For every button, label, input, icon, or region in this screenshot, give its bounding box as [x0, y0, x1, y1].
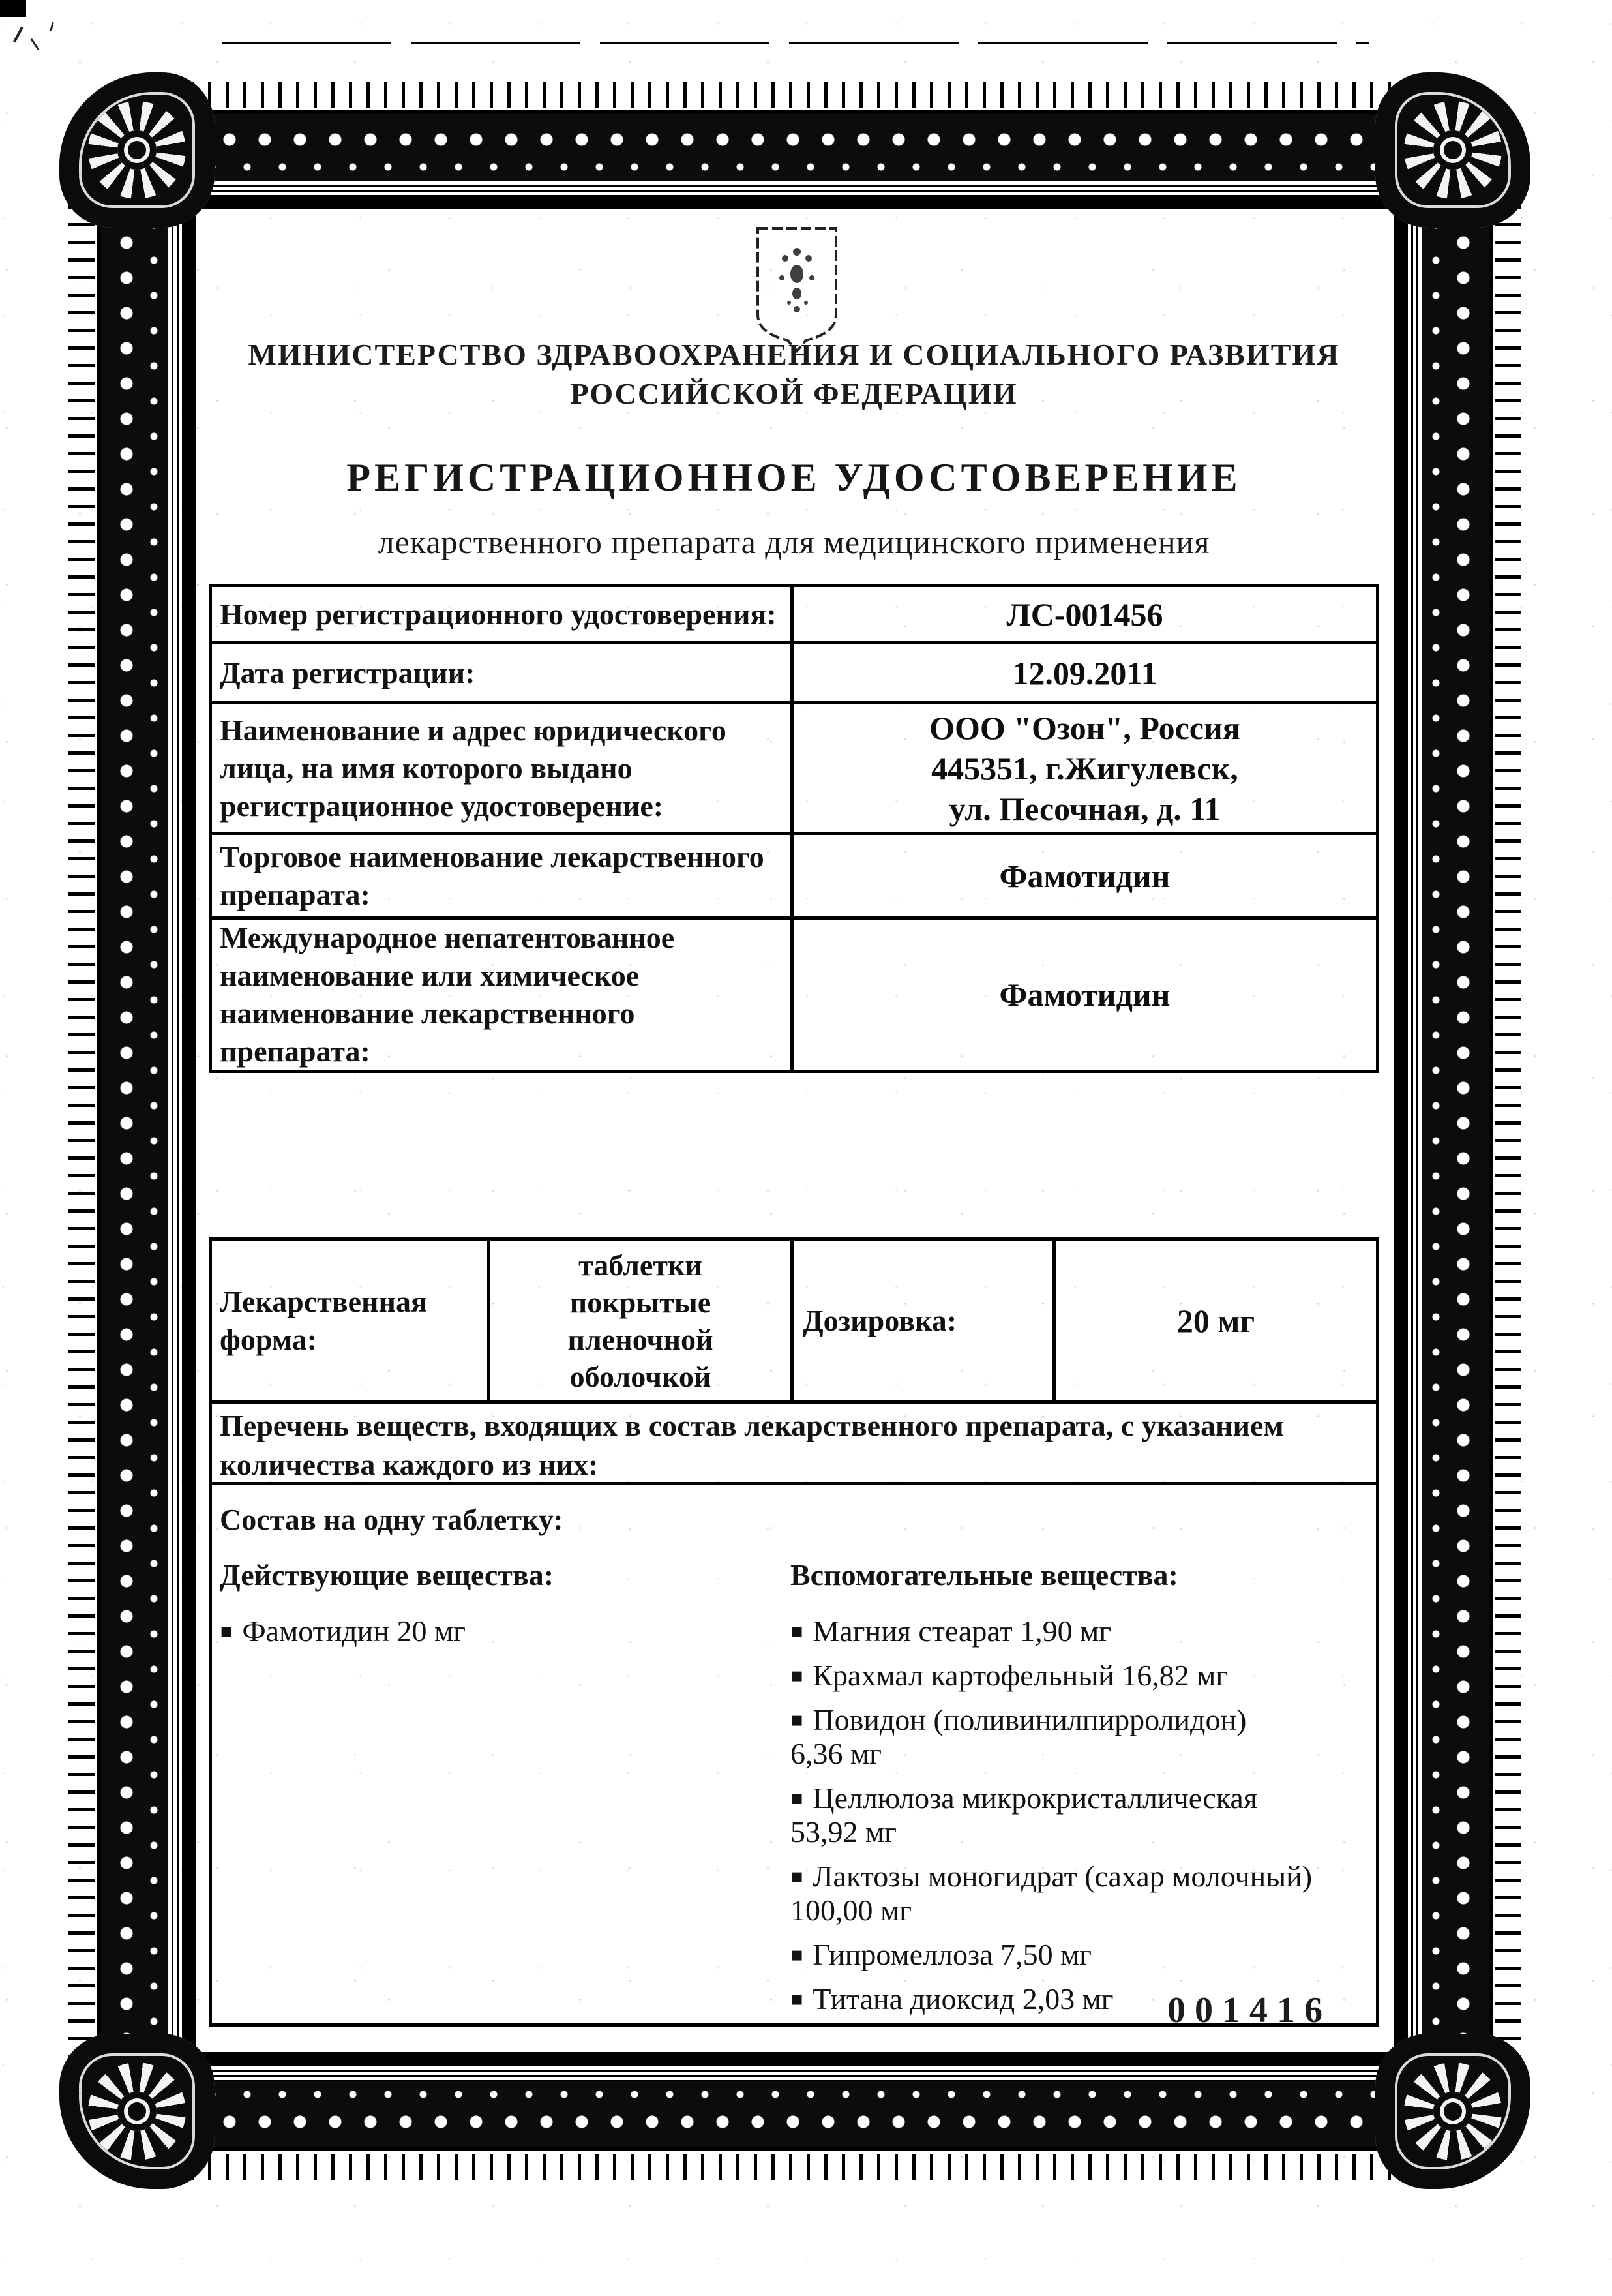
- composition-heading: Состав на одну таблетку:: [220, 1502, 1376, 1537]
- border-edge-top: [173, 82, 1417, 209]
- bullet-icon: ▪: [220, 1614, 233, 1648]
- border-edge-bottom: [173, 2052, 1417, 2180]
- ingredient-text: Повидон (поливинилпирролидон) 6,36 мг: [790, 1703, 1246, 1770]
- bullet-icon: ▪: [790, 1781, 803, 1815]
- table-row: Дата регистрации: 12.09.2011: [212, 644, 1376, 704]
- ingredient-text: Магния стеарат 1,90 мг: [813, 1614, 1111, 1648]
- border-edge-right: [1394, 186, 1521, 2076]
- composition-block: Состав на одну таблетку: Действующие вещ…: [209, 1485, 1379, 2027]
- document-subtitle: лекарственного препарата для медицинског…: [209, 523, 1379, 561]
- active-substances-title: Действующие вещества:: [220, 1558, 790, 1592]
- row-label: Номер регистрационного удостоверения:: [212, 587, 790, 641]
- row-value: Фамотидин: [790, 920, 1376, 1070]
- corner-rosette-medallion: [1375, 2034, 1530, 2189]
- list-item: ▪Гипромеллоза 7,50 мг: [790, 1938, 1356, 1972]
- row-value: ООО "Озон", Россия 445351, г.Жигулевск, …: [790, 704, 1376, 832]
- auxiliary-substances-column: Вспомогательные вещества: ▪Магния стеара…: [790, 1558, 1376, 2027]
- scan-scribble: [50, 22, 54, 31]
- ingredient-text: Фамотидин 20 мг: [242, 1614, 466, 1648]
- auxiliary-substances-title: Вспомогательные вещества:: [790, 1558, 1356, 1592]
- ingredient-text: Крахмал картофельный 16,82 мг: [813, 1659, 1228, 1692]
- corner-rosette-medallion: [59, 72, 215, 228]
- scanned-certificate-page: { "ui": { "bullet": "▪" }, "colors": { "…: [0, 0, 1612, 2296]
- list-item: ▪Повидон (поливинилпирролидон) 6,36 мг: [790, 1703, 1356, 1771]
- ministry-line-1: МИНИСТЕРСТВО ЗДРАВООХРАНЕНИЯ И СОЦИАЛЬНО…: [209, 335, 1379, 374]
- ingredient-text: Гипромеллоза 7,50 мг: [813, 1938, 1092, 1971]
- list-item: ▪Крахмал картофельный 16,82 мг: [790, 1659, 1356, 1693]
- row-value: ЛС-001456: [790, 587, 1376, 641]
- serial-number-stamp: 001416: [1167, 1989, 1332, 2031]
- row-label: Международное непатентованное наименован…: [212, 920, 790, 1070]
- corner-rosette-medallion: [59, 2034, 215, 2189]
- rosette-icon: [88, 101, 186, 199]
- scan-blot: [0, 0, 26, 17]
- dosage-value: 20 мг: [1052, 1241, 1376, 1400]
- row-label: Наименование и адрес юридического лица, …: [212, 704, 790, 832]
- form-label: Лекарственная форма:: [212, 1241, 487, 1400]
- ministry-name: МИНИСТЕРСТВО ЗДРАВООХРАНЕНИЯ И СОЦИАЛЬНО…: [209, 335, 1379, 414]
- composition-intro: Перечень веществ, входящих в состав лека…: [209, 1404, 1379, 1485]
- table-row: Наименование и адрес юридического лица, …: [212, 704, 1376, 835]
- ingredient-text: Титана диоксид 2,03 мг: [813, 1982, 1113, 2016]
- rosette-icon: [1404, 101, 1502, 199]
- row-value: Фамотидин: [790, 835, 1376, 916]
- dosage-label: Дозировка:: [790, 1241, 1052, 1400]
- list-item: ▪Магния стеарат 1,90 мг: [790, 1614, 1356, 1648]
- active-substances-column: Действующие вещества: ▪Фамотидин 20 мг: [212, 1558, 790, 2027]
- bullet-icon: ▪: [790, 1703, 803, 1737]
- document-title: РЕГИСТРАЦИОННОЕ УДОСТОВЕРЕНИЕ: [209, 455, 1379, 500]
- dosage-form-table: Лекарственная форма: таблетки покрытые п…: [209, 1237, 1379, 1404]
- scan-scribble: [13, 27, 23, 43]
- border-edge-left: [68, 186, 196, 2076]
- registration-table: Номер регистрационного удостоверения: ЛС…: [209, 584, 1379, 1073]
- rosette-icon: [88, 2062, 186, 2160]
- bullet-icon: ▪: [790, 1938, 803, 1972]
- row-label: Дата регистрации:: [212, 644, 790, 701]
- bullet-icon: ▪: [790, 1614, 803, 1648]
- ingredient-text: Целлюлоза микрокристаллическая 53,92 мг: [790, 1781, 1257, 1849]
- coat-of-arms-icon: [751, 224, 843, 350]
- rosette-icon: [1404, 2062, 1502, 2160]
- table-row: Международное непатентованное наименован…: [212, 920, 1376, 1070]
- list-item: ▪Целлюлоза микрокристаллическая 53,92 мг: [790, 1781, 1356, 1849]
- list-item: ▪Фамотидин 20 мг: [220, 1614, 790, 1648]
- bullet-icon: ▪: [790, 1659, 803, 1693]
- table-row: Торговое наименование лекарственного пре…: [212, 835, 1376, 920]
- ministry-line-2: РОССИЙСКОЙ ФЕДЕРАЦИИ: [209, 374, 1379, 414]
- bullet-icon: ▪: [790, 1982, 803, 2016]
- scan-outer-line: [222, 42, 1369, 44]
- list-item: ▪Лактозы моногидрат (сахар молочный) 100…: [790, 1860, 1356, 1927]
- row-value: 12.09.2011: [790, 644, 1376, 701]
- corner-rosette-medallion: [1375, 72, 1530, 228]
- row-label: Торговое наименование лекарственного пре…: [212, 835, 790, 916]
- active-substances-list: ▪Фамотидин 20 мг: [220, 1614, 790, 1648]
- scan-scribble: [31, 38, 40, 50]
- table-row: Номер регистрационного удостоверения: ЛС…: [212, 587, 1376, 644]
- form-value: таблетки покрытые пленочной оболочкой: [487, 1241, 790, 1400]
- bullet-icon: ▪: [790, 1860, 803, 1894]
- auxiliary-substances-list: ▪Магния стеарат 1,90 мг▪Крахмал картофел…: [790, 1614, 1356, 2016]
- ingredient-text: Лактозы моногидрат (сахар молочный) 100,…: [790, 1860, 1312, 1927]
